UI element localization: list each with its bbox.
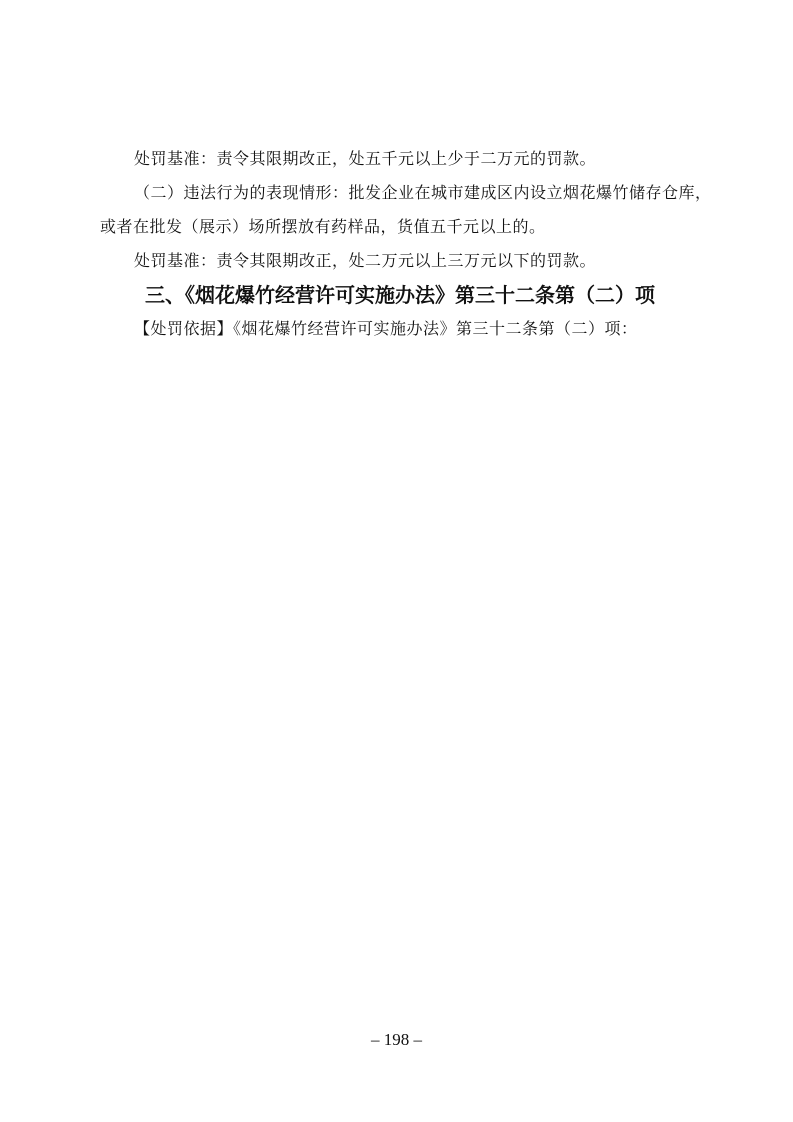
paragraph-line-continuation: 或者在批发（展示）场所摆放有药样品，货值五千元以上的。 [100, 211, 700, 245]
section-heading: 三、《烟花爆竹经营许可实施办法》第三十二条第（二）项 [100, 279, 700, 313]
page-number: – 198 – [0, 1028, 793, 1052]
paragraph-line: 处罚基准：责令其限期改正，处五千元以上少于二万元的罚款。 [100, 143, 700, 177]
paragraph-line: 处罚基准：责令其限期改正，处二万元以上三万元以下的罚款。 [100, 245, 700, 279]
document-page: 处罚基准：责令其限期改正，处五千元以上少于二万元的罚款。 （二）违法行为的表现情… [0, 0, 793, 1122]
paragraph-line: （二）违法行为的表现情形：批发企业在城市建成区内设立烟花爆竹储存仓库， [100, 177, 700, 211]
document-content: 处罚基准：责令其限期改正，处五千元以上少于二万元的罚款。 （二）违法行为的表现情… [100, 143, 700, 347]
paragraph-line: 【处罚依据】《烟花爆竹经营许可实施办法》第三十二条第（二）项： [100, 313, 700, 347]
